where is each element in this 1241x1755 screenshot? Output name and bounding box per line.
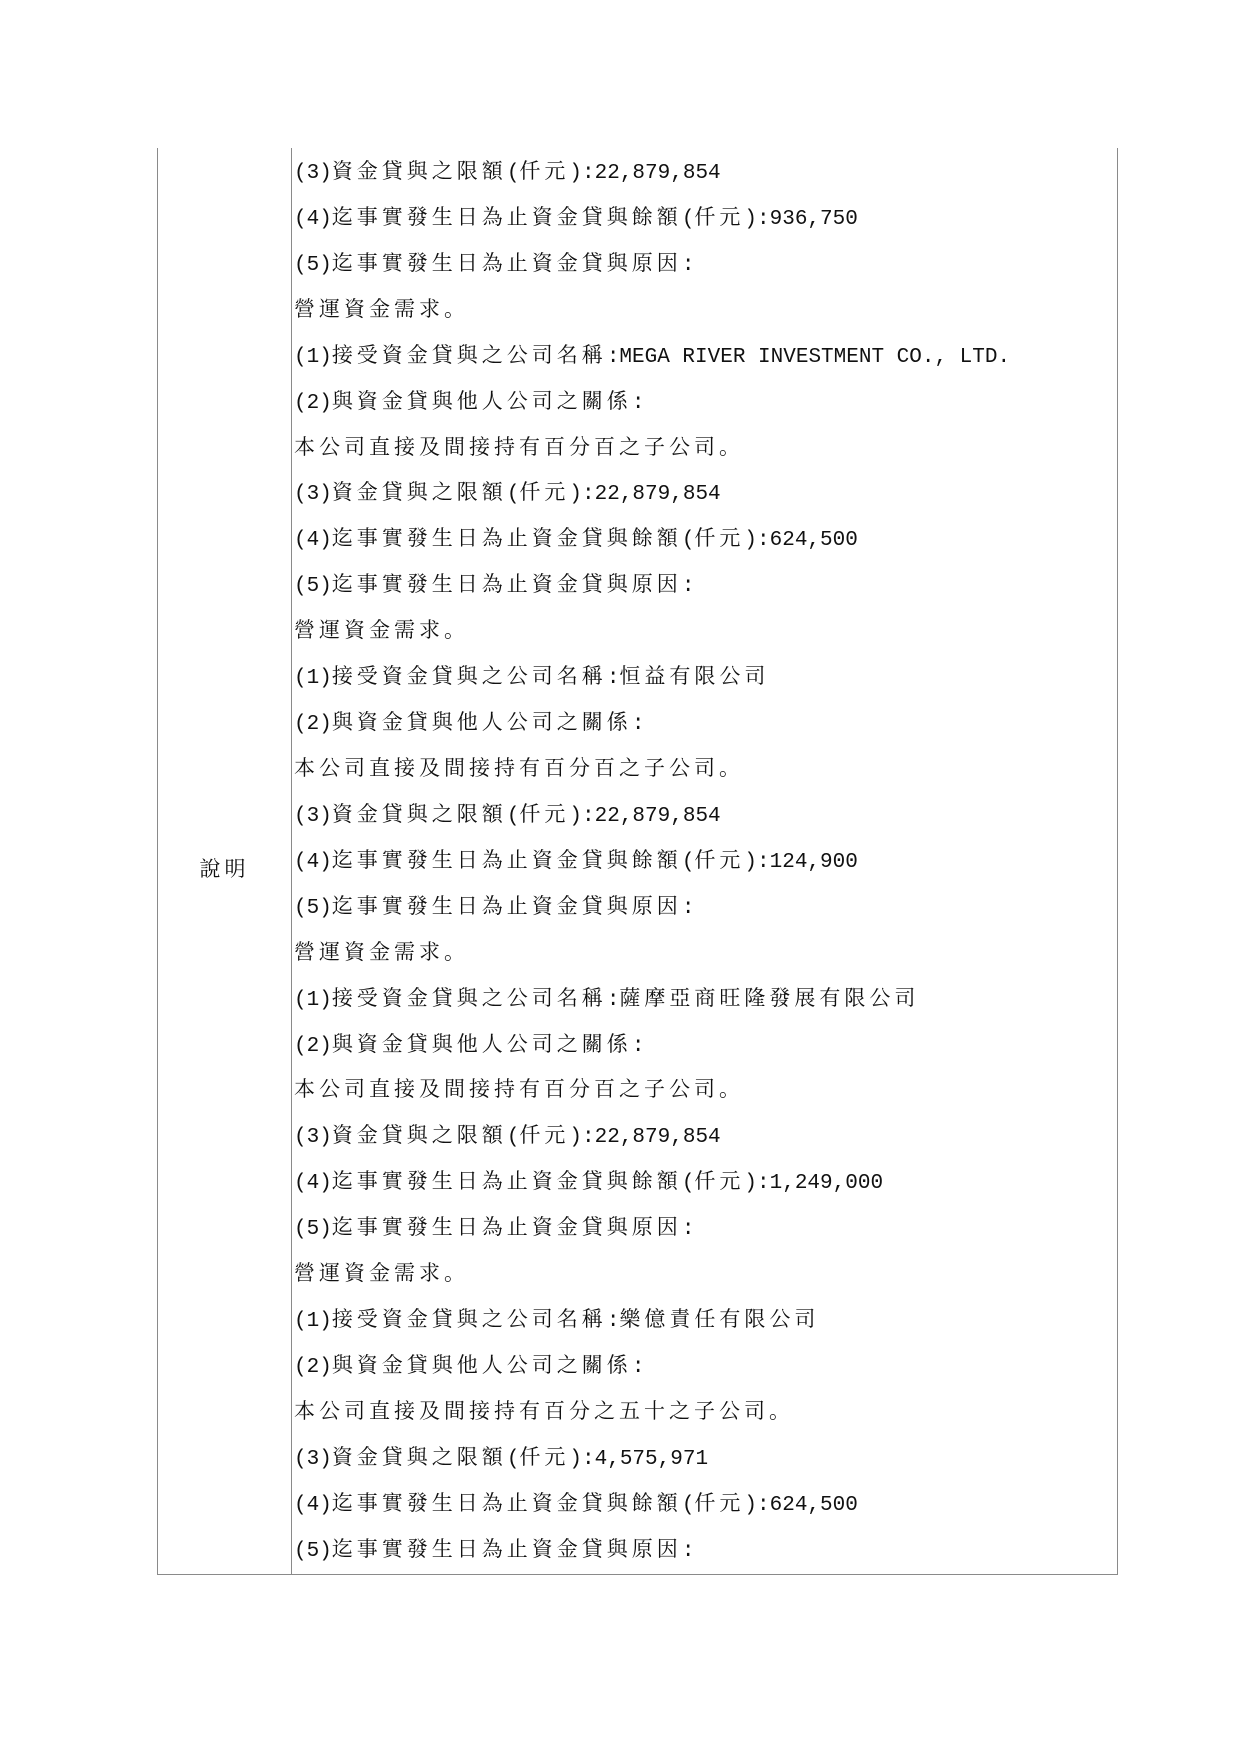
- content-line: (5)迄事實發生日為止資金貸與原因:: [294, 894, 1010, 940]
- content-line: 本公司直接及間接持有百分百之子公司。: [294, 756, 1010, 802]
- content-line: (3)資金貸與之限額(仟元):22,879,854: [294, 1123, 1010, 1169]
- content-line: (3)資金貸與之限額(仟元):22,879,854: [294, 802, 1010, 848]
- content-line: (5)迄事實發生日為止資金貸與原因:: [294, 1215, 1010, 1261]
- content-line: (4)迄事實發生日為止資金貸與餘額(仟元):624,500: [294, 1491, 1010, 1537]
- description-label: 說明: [158, 860, 291, 884]
- content-line: 本公司直接及間接持有百分之五十之子公司。: [294, 1399, 1010, 1445]
- label-cell: 說明: [158, 148, 292, 1574]
- content-line: 營運資金需求。: [294, 618, 1010, 664]
- content-line: (2)與資金貸與他人公司之關係:: [294, 710, 1010, 756]
- content-line: (3)資金貸與之限額(仟元):22,879,854: [294, 480, 1010, 526]
- content-line: (3)資金貸與之限額(仟元):22,879,854: [294, 159, 1010, 205]
- content-line: 營運資金需求。: [294, 940, 1010, 986]
- content-line: 營運資金需求。: [294, 297, 1010, 343]
- content-line: (2)與資金貸與他人公司之關係:: [294, 1032, 1010, 1078]
- content-line: (5)迄事實發生日為止資金貸與原因:: [294, 1537, 1010, 1583]
- content-line: (3)資金貸與之限額(仟元):4,575,971: [294, 1445, 1010, 1491]
- content-line: (1)接受資金貸與之公司名稱:恒益有限公司: [294, 664, 1010, 710]
- content-line: (4)迄事實發生日為止資金貸與餘額(仟元):1,249,000: [294, 1169, 1010, 1215]
- description-table: 說明 (3)資金貸與之限額(仟元):22,879,854 (4)迄事實發生日為止…: [157, 148, 1118, 1575]
- content-line: (4)迄事實發生日為止資金貸與餘額(仟元):624,500: [294, 526, 1010, 572]
- content-line: (1)接受資金貸與之公司名稱:樂億責任有限公司: [294, 1307, 1010, 1353]
- content-lines: (3)資金貸與之限額(仟元):22,879,854 (4)迄事實發生日為止資金貸…: [294, 159, 1010, 1583]
- content-line: (4)迄事實發生日為止資金貸與餘額(仟元):936,750: [294, 205, 1010, 251]
- content-line: 營運資金需求。: [294, 1261, 1010, 1307]
- content-line: (1)接受資金貸與之公司名稱:薩摩亞商旺隆發展有限公司: [294, 986, 1010, 1032]
- content-cell: (3)資金貸與之限額(仟元):22,879,854 (4)迄事實發生日為止資金貸…: [294, 148, 1117, 1574]
- content-line: 本公司直接及間接持有百分百之子公司。: [294, 1077, 1010, 1123]
- content-line: (4)迄事實發生日為止資金貸與餘額(仟元):124,900: [294, 848, 1010, 894]
- content-line: (5)迄事實發生日為止資金貸與原因:: [294, 572, 1010, 618]
- content-line: 本公司直接及間接持有百分百之子公司。: [294, 435, 1010, 481]
- content-line: (5)迄事實發生日為止資金貸與原因:: [294, 251, 1010, 297]
- content-line: (2)與資金貸與他人公司之關係:: [294, 1353, 1010, 1399]
- content-line: (2)與資金貸與他人公司之關係:: [294, 389, 1010, 435]
- content-line: (1)接受資金貸與之公司名稱:MEGA RIVER INVESTMENT CO.…: [294, 343, 1010, 389]
